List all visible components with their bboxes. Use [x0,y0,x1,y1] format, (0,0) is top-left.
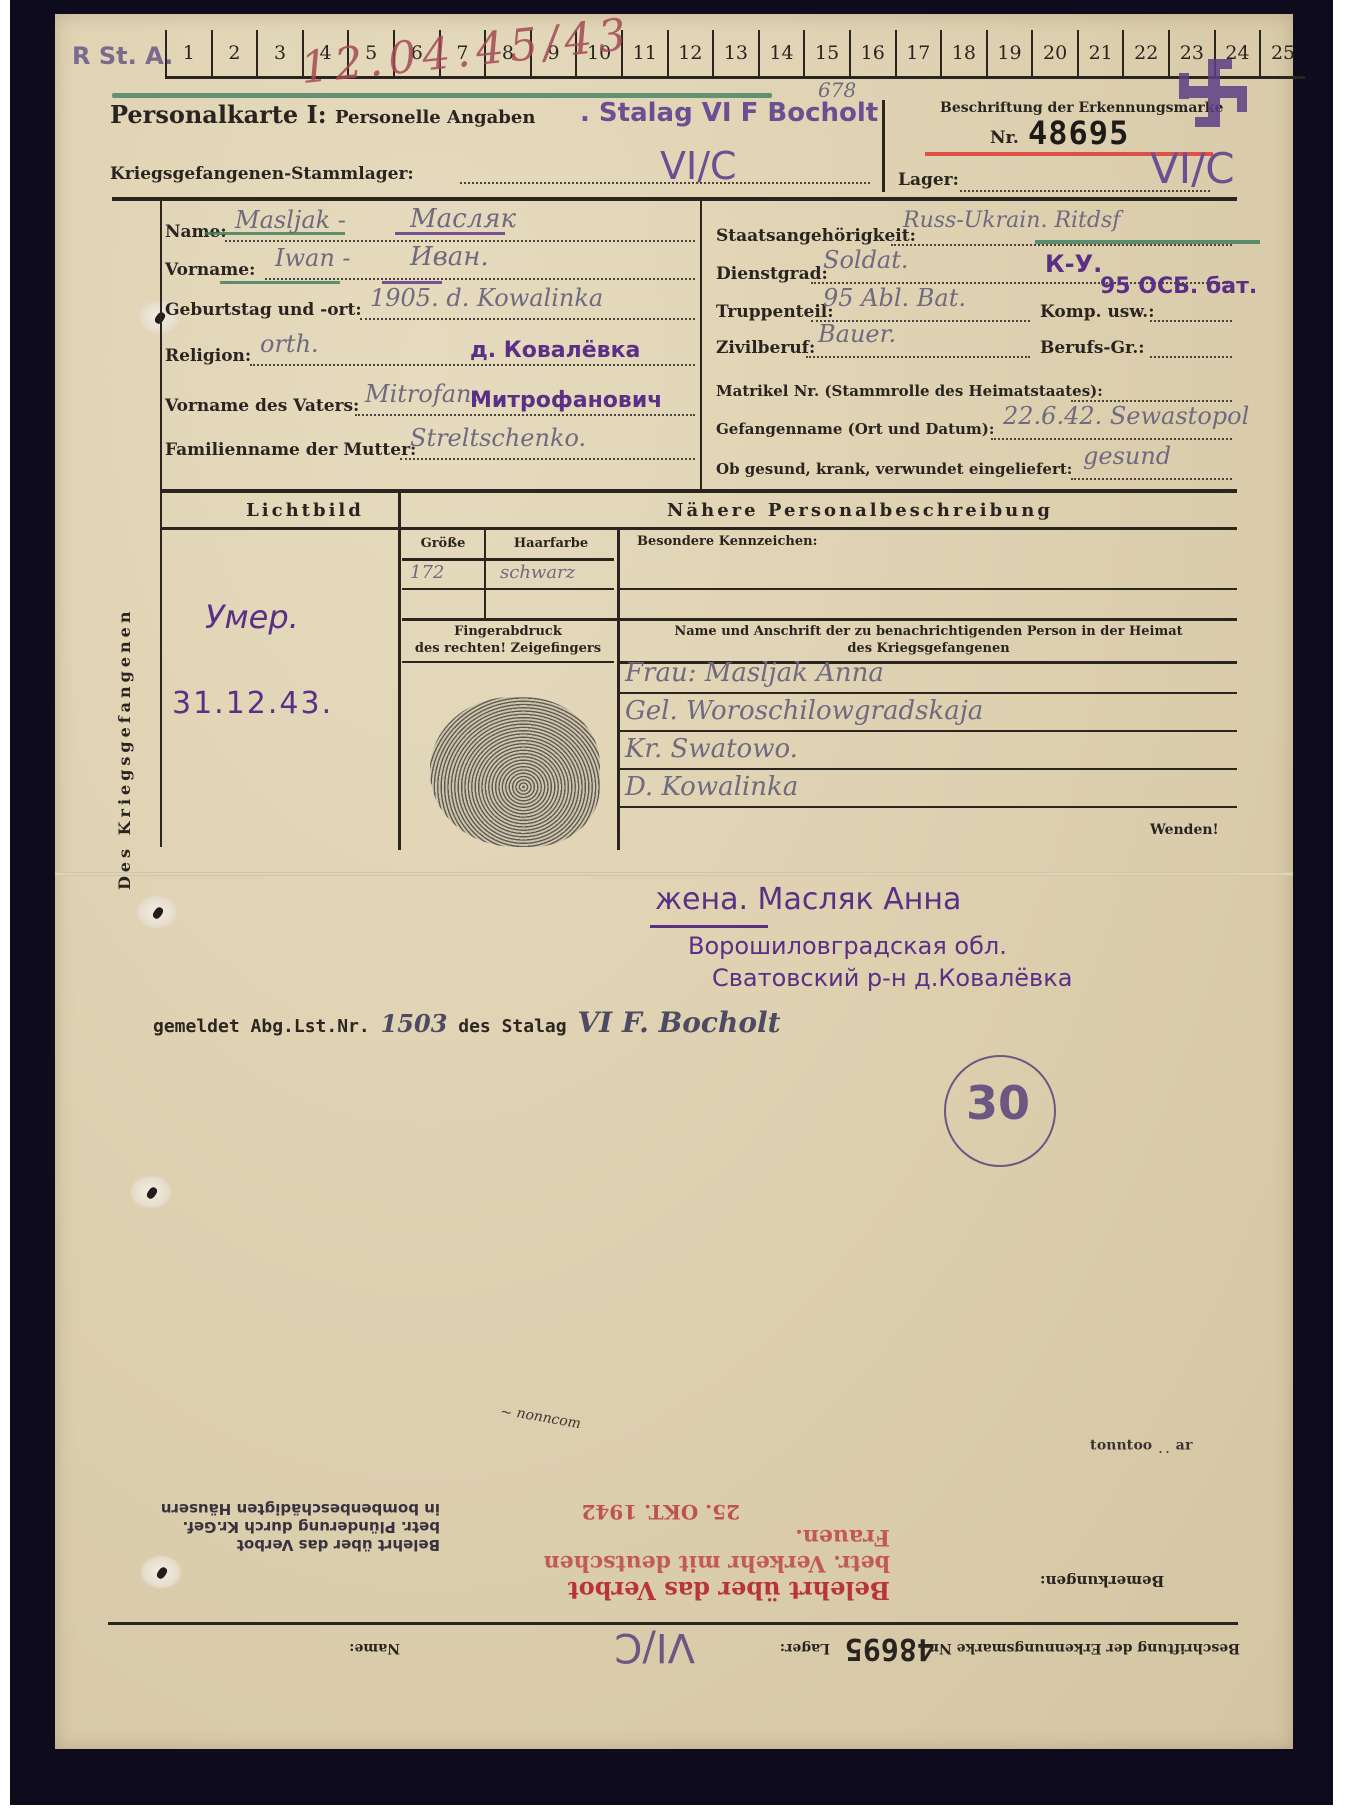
rule [398,493,401,850]
field-value-cyrillic: Митрофанович [470,388,662,413]
russian-contact-line-3: Сватовский р-н д.Ковалёвка [712,964,1072,992]
field-label: Dienstgrad: [716,264,828,284]
stamp-rsta: R St. A. [72,42,173,70]
rule [620,730,1237,732]
field-label: Zivilberuf: [716,338,815,358]
russian-contact-line-1: жена. Масляк Анна [655,882,961,917]
title-sub: Personelle Angaben [335,107,536,128]
card-title: Personalkarte I: Personelle Angaben [110,100,535,129]
header-divider [882,100,885,192]
dotted-line [400,458,695,460]
footer-lager-value: VI/C [614,1624,695,1670]
rule [402,618,1237,621]
dotted-line [1150,356,1232,358]
field-label: Vorname des Vaters: [165,396,359,416]
field-label: Religion: [165,346,251,366]
punch-hole [136,895,178,929]
russian-contact-line-2: Ворошиловградская обл. [688,932,1007,960]
field-label: Vorname: [165,260,255,280]
typed-abgang-stamp: gemeldet Abg.Lst.Nr. 1503 des Stalag VI … [153,1006,781,1039]
rule [160,527,1237,530]
dotted-line [891,244,1232,246]
field-label-secondary: Komp. usw.: [1040,302,1155,322]
nr-label: Nr. [990,128,1019,148]
field-label: Familienname der Mutter: [165,440,416,460]
belehrt-1-line-3: in bombenbeschädigten Häusern [120,1500,440,1518]
contact-label-1: Name und Anschrift der zu benachrichtige… [620,624,1237,639]
ruler-cell: 20 [1031,30,1077,76]
dotted-line [250,364,695,366]
fingerprint-label-2: des rechten! Zeigefingers [402,641,614,656]
field-label: Truppenteil: [716,302,834,322]
stalag-pencil-note: 678 [818,78,856,102]
ruler-cell: 16 [849,30,895,76]
typed-stamp-number: 1503 [381,1009,448,1038]
belehrt-2-line-2: betr. Verkehr mit deutschen Frauen. [470,1524,890,1576]
dotted-line [1071,478,1232,480]
violet-underline [650,925,768,928]
field-value: Soldat. [823,246,909,274]
typed-stamp-text: gemeldet Abg.Lst.Nr. [153,1016,370,1037]
rule [620,768,1237,770]
contact-label-2: des Kriegsgefangenen [620,641,1237,656]
ruler-cell: 18 [940,30,986,76]
rule [620,588,1237,590]
stammlager-value: VI/C [660,144,737,188]
cross-stamp-icon [1175,55,1251,131]
description-header: Nähere Personalbeschreibung [600,500,1120,521]
ruler-cell: 2 [211,30,257,76]
field-value-cyrillic: Иван. [410,242,489,272]
field-label: Gefangenname (Ort und Datum): [716,420,994,438]
field-label: Staatsangehörigkeit: [716,226,916,246]
ruler-cell: 19 [986,30,1032,76]
belehrt-pluenderung-stamp: Belehrt über das Verbot betr. Plünderung… [120,1500,440,1554]
ruler-cell: 25 [1259,30,1305,76]
footer-lager-label: Lager: [780,1640,830,1656]
field-label: Matrikel Nr. (Stammrolle des Heimatstaat… [716,382,1103,400]
belehrt-frauen-stamp: Belehrt über das Verbot betr. Verkehr mi… [470,1500,890,1605]
belehrt-1-line-2: betr. Plünderung durch Kr.Gef. [120,1518,440,1536]
field-value: Masljak - [235,206,346,234]
dotted-line [991,438,1232,440]
rule [160,489,1237,493]
field-value: Streltschenko. [410,424,586,452]
haarfarbe-value: schwarz [500,562,575,583]
title-main: Personalkarte I: [110,100,327,129]
typed-stamp-text-2: des Stalag [458,1016,566,1037]
kennzeichen-label: Besondere Kennzeichen: [637,534,817,549]
footer-label: Beschriftung der Erkennungsmarke Nr. [928,1640,1240,1656]
rule [617,530,620,850]
rule [620,692,1237,694]
rule [402,588,614,590]
fingerprint-label-1: Fingerabdruck [402,624,614,639]
dotted-line [1150,320,1232,322]
stammlager-label: Kriegsgefangenen-Stammlager: [110,164,414,184]
ruler-cell: 1 [165,30,211,76]
fingerprint-image [430,697,600,847]
field-label: Ob gesund, krank, verwundet eingeliefert… [716,460,1072,478]
side-label: Des Kriegsgefangenen [115,608,134,890]
footer-name-label: Name: [349,1640,400,1656]
groesse-label: Größe [402,536,484,551]
contact-line: Gel. Woroschilowgradskaja [625,696,983,726]
field-value: 22.6.42. Sewastopol [1003,402,1249,430]
stalag-stamp: . Stalag VI F Bocholt [580,98,878,128]
field-value: Bauer. [818,320,896,348]
lager-value: VI/C [1150,144,1235,193]
turn-over-note: Wenden! [1150,822,1219,838]
field-value: Russ-Ukrain. Ritdsf [903,208,1120,233]
ruler-cell: 15 [803,30,849,76]
ruler-cell: 14 [758,30,804,76]
field-label-secondary: Berufs-Gr.: [1040,338,1145,358]
field-value-cyrillic: 95 ОСБ. бат. [1100,274,1257,299]
contact-line: D. Kowalinka [625,772,798,802]
contact-line: Frau: Masljak Anna [625,658,884,688]
footer-nr: 48695 [845,1631,935,1666]
field-label: Geburtstag und -ort: [165,300,362,320]
rule [402,558,614,561]
ruler-cell: 17 [895,30,941,76]
field-value: 95 Abl. Bat. [823,284,966,312]
field-value: gesund [1083,442,1171,470]
nr-value: 48695 [1028,114,1129,152]
contact-line: Kr. Swatowo. [625,734,798,764]
ruler-cell: 12 [667,30,713,76]
field-value-cyrillic: Масляк [410,204,516,234]
rule [700,200,702,490]
rule [620,806,1237,808]
pencil-underline [205,232,345,235]
dotted-line [355,414,695,416]
ruler-cell: 13 [712,30,758,76]
field-value-cyrillic: д. Ковалёвка [470,338,640,363]
bemerkungen-label: Bemerkungen: [1040,1572,1164,1590]
dotted-line [806,356,1030,358]
pencil-underline [220,281,340,284]
punch-hole [130,1175,172,1209]
field-value: Mitrofan. [365,380,479,408]
belehrt-2-line-1: Belehrt über das Verbot [470,1576,890,1605]
rule [160,197,162,847]
circle-stamp-number: 30 [944,1076,1052,1130]
haarfarbe-label: Haarfarbe [486,536,616,551]
punch-hole [140,1555,182,1589]
dotted-line [360,318,695,320]
rule [402,661,614,663]
ruler-cell: 21 [1077,30,1123,76]
deceased-note: Умер. [205,598,299,636]
photo-header: Lichtbild [200,500,410,521]
groesse-value: 172 [410,562,444,583]
footer-reverse: Beschriftung der Erkennungsmarke Nr. 486… [360,1628,1240,1666]
death-date: 31.12.43. [172,686,333,721]
lager-label: Lager: [898,170,959,190]
typed-stamp-handwritten: VI F. Bocholt [577,1006,780,1039]
card-fold-line [55,872,1293,876]
belehrt-1-line-1: Belehrt über das Verbot [120,1536,440,1554]
pencil-underline [395,232,505,235]
ink-smudge: ɹɐ ˙˙ ooʇuuoʇ [1090,1438,1193,1454]
field-value: orth. [260,330,319,358]
field-value: Iwan - [275,244,351,272]
field-value-cyrillic: К-У. [1045,250,1102,278]
dotted-line [265,278,695,280]
rule [112,197,1237,201]
ruler-cell: 3 [256,30,302,76]
pencil-underline [382,281,442,284]
field-value: 1905. d. Kowalinka [370,284,603,312]
ruler-cell: 22 [1122,30,1168,76]
belehrt-2-date: 25. OKT. 1942 [470,1500,890,1524]
